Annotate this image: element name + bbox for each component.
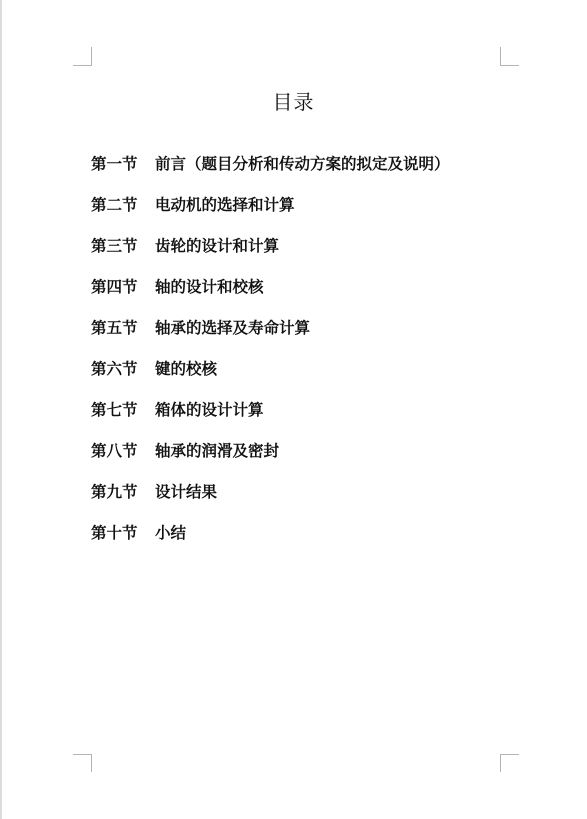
- toc-section-title: 轴承的润滑及密封: [155, 439, 279, 461]
- toc-section-number: 第八节: [91, 439, 155, 461]
- toc-section-title: 键的校核: [155, 357, 217, 379]
- toc-section-title: 齿轮的设计和计算: [155, 234, 279, 256]
- toc-entry[interactable]: 第八节 轴承的润滑及密封: [91, 439, 450, 480]
- toc-section-title: 轴承的选择及寿命计算: [155, 316, 310, 338]
- toc-entry[interactable]: 第九节 设计结果: [91, 480, 450, 521]
- document-title: 目录: [0, 86, 587, 115]
- toc-section-number: 第十节: [91, 521, 155, 543]
- toc-section-title: 设计结果: [155, 480, 217, 502]
- toc-section-number: 第二节: [91, 193, 155, 215]
- toc-section-title: 箱体的设计计算: [155, 398, 264, 420]
- table-of-contents: 第一节 前言（题目分析和传动方案的拟定及说明） 第二节 电动机的选择和计算 第三…: [91, 152, 450, 562]
- toc-section-title: 小结: [155, 521, 186, 543]
- toc-section-title: 轴的设计和校核: [155, 275, 264, 297]
- toc-section-number: 第六节: [91, 357, 155, 379]
- toc-entry[interactable]: 第六节 键的校核: [91, 357, 450, 398]
- toc-entry[interactable]: 第十节 小结: [91, 521, 450, 562]
- toc-section-number: 第四节: [91, 275, 155, 297]
- toc-entry[interactable]: 第七节 箱体的设计计算: [91, 398, 450, 439]
- toc-entry[interactable]: 第五节 轴承的选择及寿命计算: [91, 316, 450, 357]
- toc-entry[interactable]: 第三节 齿轮的设计和计算: [91, 234, 450, 275]
- toc-section-number: 第五节: [91, 316, 155, 338]
- toc-section-title: 前言（题目分析和传动方案的拟定及说明）: [155, 152, 450, 174]
- toc-entry[interactable]: 第二节 电动机的选择和计算: [91, 193, 450, 234]
- toc-section-number: 第一节: [91, 152, 155, 174]
- toc-section-number: 第九节: [91, 480, 155, 502]
- toc-entry[interactable]: 第四节 轴的设计和校核: [91, 275, 450, 316]
- toc-section-number: 第七节: [91, 398, 155, 420]
- toc-section-number: 第三节: [91, 234, 155, 256]
- toc-entry[interactable]: 第一节 前言（题目分析和传动方案的拟定及说明）: [91, 152, 450, 193]
- toc-section-title: 电动机的选择和计算: [155, 193, 295, 215]
